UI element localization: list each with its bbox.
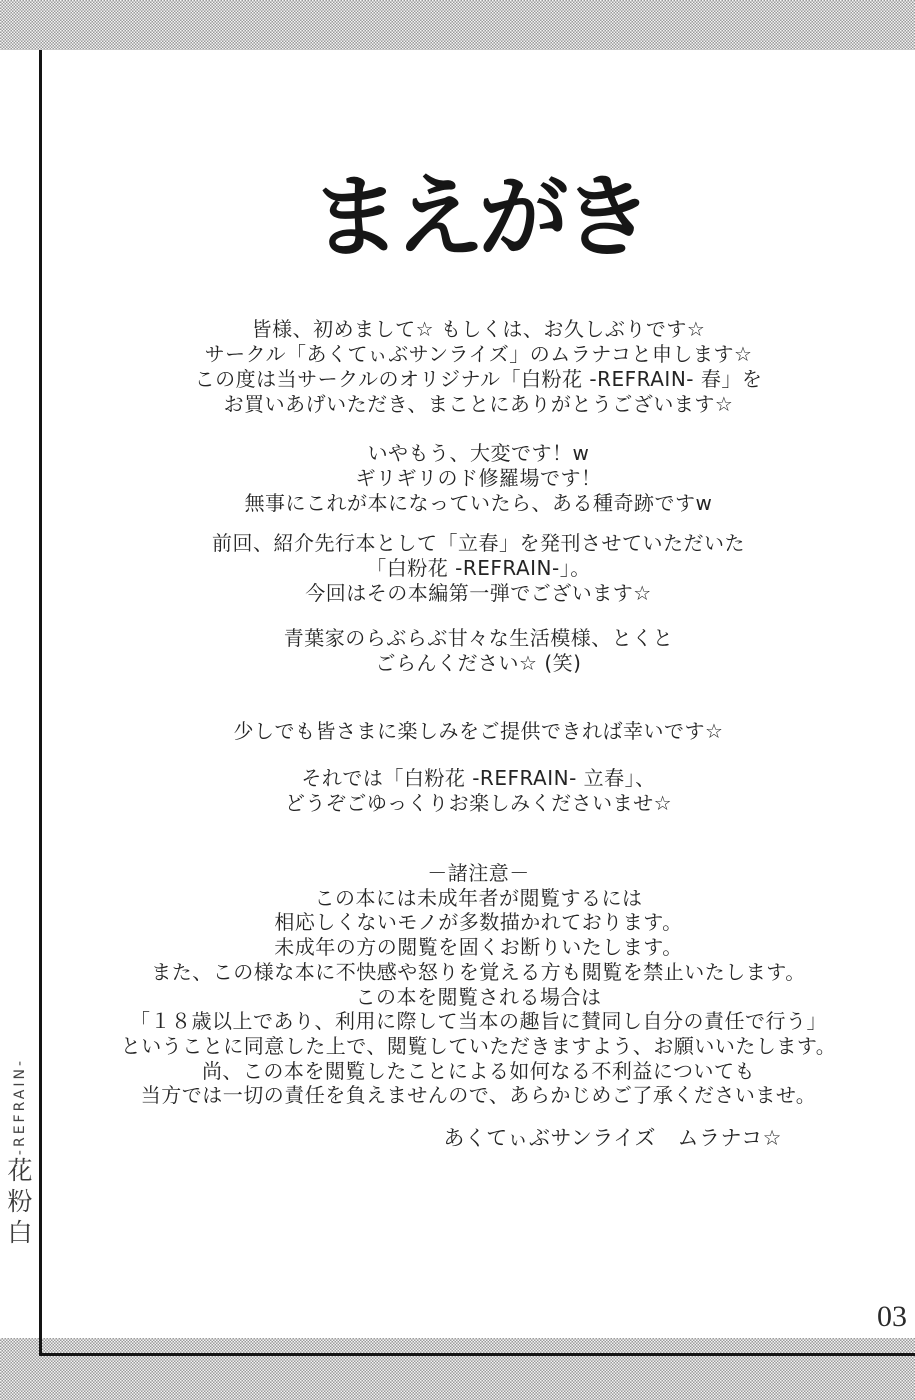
- page-number: 03: [877, 1300, 907, 1334]
- foreword-paragraph-deadline: いやもう、大変です！wギリギリのド修羅場です！無事にこれが本になっていたら、ある…: [42, 441, 915, 516]
- text-line: お買いあげいただき、まことにありがとうございます☆: [42, 392, 915, 417]
- text-line: また、この様な本に不快感や怒りを覚える方も閲覧を禁止いたします。: [42, 960, 915, 985]
- text-line: 未成年の方の閲覧を固くお断りいたします。: [42, 935, 915, 960]
- text-line: それでは「白粉花 -REFRAIN- 立春」、: [42, 766, 915, 791]
- foreword-paragraph-story-intro: 青葉家のらぶらぶ甘々な生活模様、とくとごらんください☆ (笑): [42, 626, 915, 676]
- text-line: 「白粉花 -REFRAIN-」。: [42, 556, 915, 581]
- foreword-paragraph-greeting: 皆様、初めまして☆ もしくは、お久しぶりです☆サークル「あくてぃぶサンライズ」の…: [42, 317, 915, 417]
- spine-latin-text: -REFRAIN-: [12, 1058, 28, 1155]
- text-line: 少しでも皆さまに楽しみをご提供できれば幸いです☆: [42, 719, 915, 744]
- foreword-paragraph-hope: 少しでも皆さまに楽しみをご提供できれば幸いです☆: [42, 719, 915, 744]
- text-line: どうぞごゆっくりお楽しみくださいませ☆: [42, 791, 915, 816]
- page-content: まえがき 皆様、初めまして☆ もしくは、お久しぶりです☆サークル「あくてぃぶサン…: [42, 0, 915, 1400]
- notice-section: －諸注意－この本には未成年者が閲覧するには相応しくないモノが多数描かれております…: [42, 861, 915, 1108]
- text-line: 前回、紹介先行本として「立春」を発刊させていただいた: [42, 531, 915, 556]
- text-line: 青葉家のらぶらぶ甘々な生活模様、とくと: [42, 626, 915, 651]
- text-line: 皆様、初めまして☆ もしくは、お久しぶりです☆: [42, 317, 915, 342]
- text-line: 今回はその本編第一弾でございます☆: [42, 581, 915, 606]
- page-title: まえがき: [42, 158, 915, 278]
- text-line: この度は当サークルのオリジナル「白粉花 -REFRAIN- 春」を: [42, 367, 915, 392]
- text-line: 当方では一切の責任を負えませんので、あらかじめご了承くださいませ。: [42, 1083, 915, 1108]
- text-line: いやもう、大変です！w: [42, 441, 915, 466]
- text-line: 無事にこれが本になっていたら、ある種奇跡ですw: [42, 491, 915, 516]
- text-line: この本を閲覧される場合は: [42, 985, 915, 1010]
- spine-kanji-char: 花: [7, 1155, 32, 1186]
- text-line: ということに同意した上で、閲覧していただきますよう、お願いいたします。: [42, 1034, 915, 1059]
- text-line: 「１８歳以上であり、利用に際して当本の趣旨に賛同し自分の責任で行う」: [42, 1009, 915, 1034]
- spine-title-vertical-text: -REFRAIN-花粉白: [2, 1058, 38, 1248]
- foreword-paragraph-enjoy: それでは「白粉花 -REFRAIN- 立春」、どうぞごゆっくりお楽しみくださいま…: [42, 766, 915, 816]
- text-line: 相応しくないモノが多数描かれております。: [42, 910, 915, 935]
- text-line: ギリギリのド修羅場です！: [42, 466, 915, 491]
- spine-kanji-char: 白: [7, 1217, 32, 1248]
- text-line: 尚、この本を閲覧したことによる如何なる不利益についても: [42, 1059, 915, 1084]
- author-signature: あくてぃぶサンライズ ムラナコ☆: [42, 1122, 915, 1152]
- foreword-paragraph-previous-book: 前回、紹介先行本として「立春」を発刊させていただいた「白粉花 -REFRAIN-…: [42, 531, 915, 606]
- text-line: ごらんください☆ (笑): [42, 651, 915, 676]
- text-line: －諸注意－: [42, 861, 915, 886]
- spine-kanji-char: 粉: [7, 1186, 32, 1217]
- text-line: この本には未成年者が閲覧するには: [42, 886, 915, 911]
- text-line: サークル「あくてぃぶサンライズ」のムラナコと申します☆: [42, 342, 915, 367]
